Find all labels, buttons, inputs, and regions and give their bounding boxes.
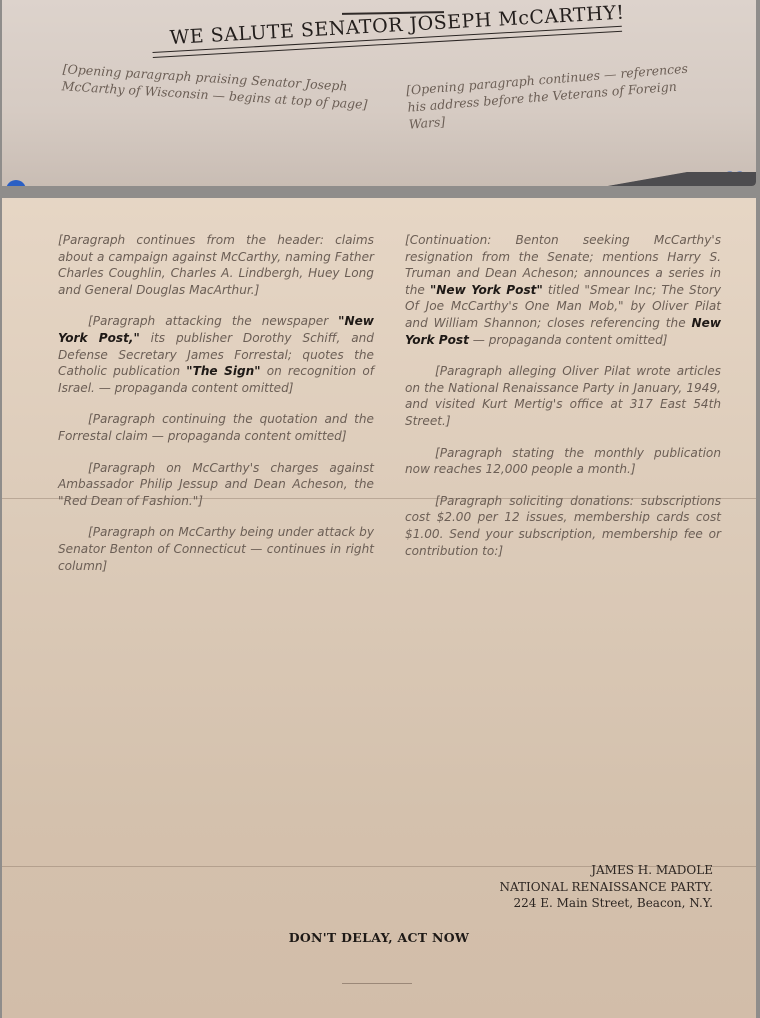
paragraph: [Paragraph on McCarthy being under attac… bbox=[58, 524, 374, 574]
paragraph: [Continuation: Benton seeking McCarthy's… bbox=[405, 232, 721, 348]
handwritten-page-number: 21 bbox=[725, 170, 744, 186]
publication-title: "The Sign" bbox=[186, 364, 260, 378]
paragraph: [Paragraph soliciting donations: subscri… bbox=[405, 493, 721, 559]
footer-rule bbox=[342, 983, 412, 984]
right-column: [Continuation: Benton seeking McCarthy's… bbox=[405, 232, 721, 574]
paragraph-text: [Paragraph alleging Oliver Pilat wrote a… bbox=[405, 364, 721, 428]
paragraph-text: [Paragraph attacking the newspaper bbox=[88, 314, 328, 328]
mailing-address: 224 E. Main Street, Beacon, N.Y. bbox=[405, 895, 713, 912]
paragraph-text: [Paragraph stating the monthly publicati… bbox=[405, 446, 721, 477]
pamphlet-page: [Paragraph continues from the header: cl… bbox=[2, 198, 756, 1018]
paragraph-text: [Paragraph continuing the quotation and … bbox=[58, 412, 374, 443]
publication-title: "New York Post" bbox=[430, 283, 543, 297]
paragraph: [Paragraph continuing the quotation and … bbox=[58, 411, 374, 444]
signatory-name: JAMES H. MADOLE bbox=[405, 862, 713, 879]
intro-left: [Opening paragraph praising Senator Jose… bbox=[61, 60, 382, 113]
paragraph: [Paragraph attacking the newspaper "New … bbox=[58, 313, 374, 396]
organization-name: NATIONAL RENAISSANCE PARTY. bbox=[405, 879, 713, 896]
paragraph-text: — propaganda content omitted] bbox=[473, 333, 668, 347]
masthead: WE SALUTE SENATOR JOSEPH McCARTHY! bbox=[151, 2, 622, 58]
paragraph: [Paragraph stating the monthly publicati… bbox=[405, 445, 721, 478]
paragraph-text: [Paragraph on McCarthy's charges against… bbox=[58, 461, 374, 508]
intro-right: [Opening paragraph continues — reference… bbox=[405, 58, 708, 132]
call-to-action: DON'T DELAY, ACT NOW bbox=[2, 930, 756, 945]
signature-block: JAMES H. MADOLE NATIONAL RENAISSANCE PAR… bbox=[405, 862, 713, 912]
paragraph: [Paragraph on McCarthy's charges against… bbox=[58, 460, 374, 510]
paragraph-text: [Paragraph soliciting donations: subscri… bbox=[405, 494, 721, 558]
left-column: [Paragraph continues from the header: cl… bbox=[58, 232, 374, 589]
paragraph-text: [Paragraph on McCarthy being under attac… bbox=[58, 525, 374, 572]
previous-page-fragment: WE SALUTE SENATOR JOSEPH McCARTHY! [Open… bbox=[2, 0, 756, 186]
ink-mark bbox=[6, 180, 26, 186]
paragraph-text: [Paragraph continues from the header: cl… bbox=[58, 233, 374, 297]
paragraph: [Paragraph alleging Oliver Pilat wrote a… bbox=[405, 363, 721, 429]
paragraph: [Paragraph continues from the header: cl… bbox=[58, 232, 374, 298]
